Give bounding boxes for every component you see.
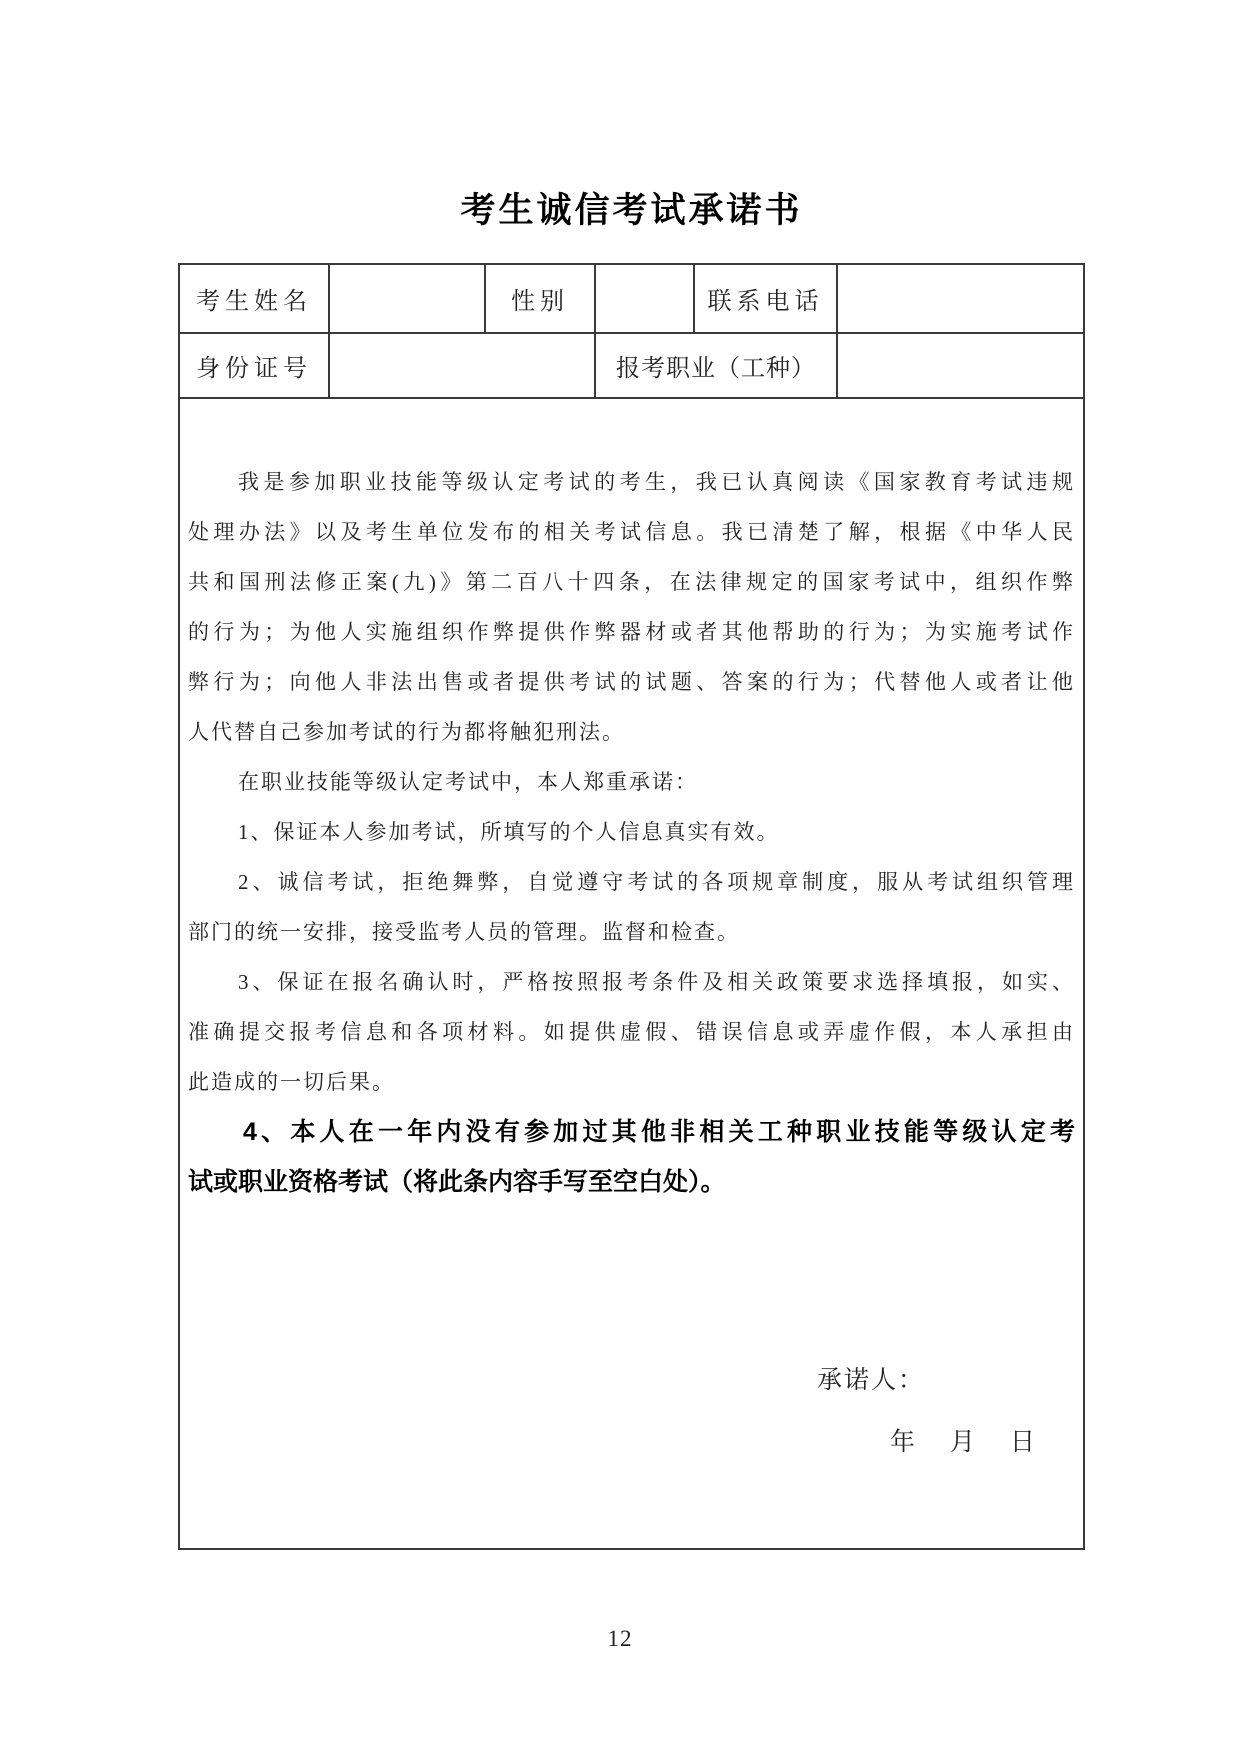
occupation-label: 报考职业（工种） [596,334,838,397]
page-number: 12 [0,1626,1240,1652]
candidate-info-table: 考生姓名 性别 联系电话 身份证号 报考职业（工种） 我是参加职业技能等级认定考… [178,263,1085,1550]
commitment-text-cell: 我是参加职业技能等级认定考试的考生，我已认真阅读《国家教育考试违规 处理办法》以… [180,399,1083,1548]
occupation-value-cell [838,334,1083,397]
phone-value-cell [838,265,1083,332]
phone-label: 联系电话 [695,265,838,332]
item-2-line-1: 2、诚信考试，拒绝舞弊，自觉遵守考试的各项规章制度，服从考试组织管理 [188,857,1075,907]
paragraph-2-line-1: 在职业技能等级认定考试中，本人郑重承诺： [188,757,1075,807]
paragraph-1-line-4: 的行为；为他人实施组织作弊提供作弊器材或者其他帮助的行为；为实施考试作 [188,607,1075,657]
paragraph-1-line-2: 处理办法》以及考生单位发布的相关考试信息。我已清楚了解，根据《中华人民 [188,507,1075,557]
promiser-label: 承诺人： [817,1367,925,1395]
page-title: 考生诚信考试承诺书 [178,183,1085,233]
document-page: 考生诚信考试承诺书 考生姓名 性别 联系电话 身份证号 报考职业（工种） 我是参… [0,0,1240,1753]
paragraph-1-line-3: 共和国刑法修正案(九)》第二百八十四条，在法律规定的国家考试中，组织作弊 [188,557,1075,607]
table-row-1: 考生姓名 性别 联系电话 [180,265,1083,334]
id-number-value-cell [330,334,596,397]
item-4-line-1: 4、本人在一年内没有参加过其他非相关工种职业技能等级认定考 [188,1107,1075,1157]
item-3-line-1: 3、保证在报名确认时，严格按照报考条件及相关政策要求选择填报，如实、 [188,957,1075,1007]
gender-label: 性别 [486,265,596,332]
paragraph-1-line-1: 我是参加职业技能等级认定考试的考生，我已认真阅读《国家教育考试违规 [188,457,1075,507]
candidate-name-value-cell [330,265,486,332]
gender-value-cell [596,265,695,332]
item-4-line-2: 试或职业资格考试（将此条内容手写至空白处）。 [188,1157,1075,1207]
paragraph-1-line-5: 弊行为；向他人非法出售或者提供考试的试题、答案的行为；代替他人或者让他 [188,657,1075,707]
candidate-name-label: 考生姓名 [180,265,330,332]
item-1-line-1: 1、保证本人参加考试，所填写的个人信息真实有效。 [188,807,1075,857]
date-year-month-day-label: 年月日 [890,1429,1070,1457]
table-row-3: 我是参加职业技能等级认定考试的考生，我已认真阅读《国家教育考试违规 处理办法》以… [180,399,1083,1548]
item-3-line-3: 此造成的一切后果。 [188,1057,1075,1107]
table-row-2: 身份证号 报考职业（工种） [180,334,1083,399]
id-number-label: 身份证号 [180,334,330,397]
paragraph-1-line-6: 人代替自己参加考试的行为都将触犯刑法。 [188,707,1075,757]
item-3-line-2: 准确提交报考信息和各项材料。如提供虚假、错误信息或弄虚作假，本人承担由 [188,1007,1075,1057]
item-2-line-2: 部门的统一安排，接受监考人员的管理。监督和检查。 [188,907,1075,957]
